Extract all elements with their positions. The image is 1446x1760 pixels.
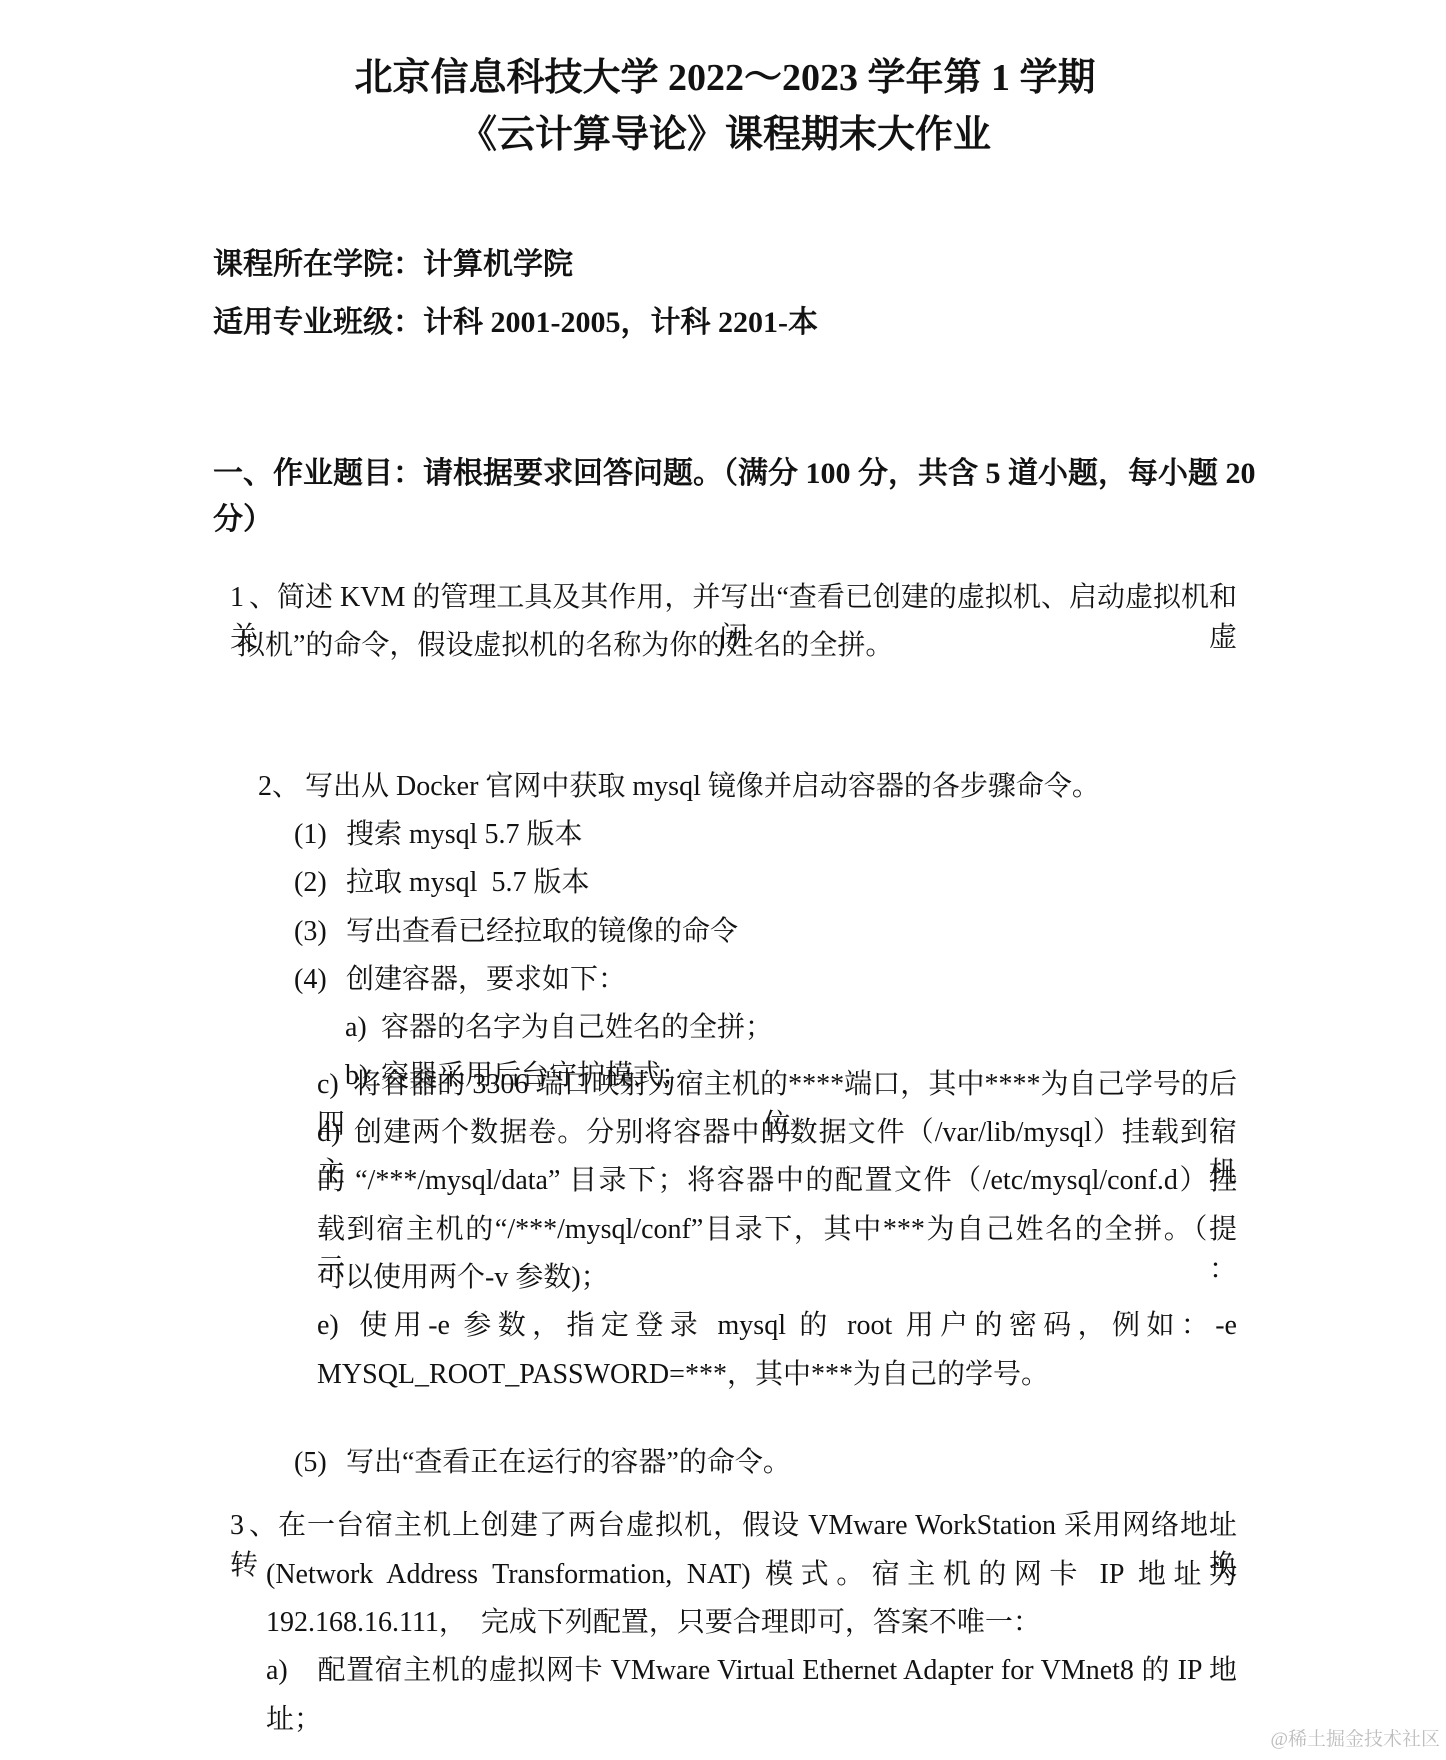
- q1-marker: 1、: [230, 578, 277, 618]
- q2-req-e-line2: MYSQL_ROOT_PASSWORD=***，其中***为自己的学号。: [317, 1355, 1237, 1395]
- page-title-line1: 北京信息科技大学 2022～2023 学年第 1 学期: [213, 55, 1237, 101]
- q3-sub-a-marker: a): [266, 1651, 317, 1691]
- watermark: @稀土掘金技术社区: [1271, 1728, 1441, 1752]
- classes-line: 适用专业班级：计科 2001-2005，计科 2201-本: [213, 302, 1237, 344]
- q2-req-c-marker: c): [317, 1065, 353, 1105]
- college-line: 课程所在学院：计算机学院: [213, 244, 1237, 286]
- section-heading-line1: 一、作业题目：请根据要求回答问题。（满分 100 分，共含 5 道小题，每小题 …: [213, 453, 1237, 495]
- q2-req-d-line4: 可以使用两个-v 参数)；: [317, 1258, 1237, 1298]
- q2-req-e-line1: e)使用-e 参数，指定登录 mysql 的 root 用户的密码，例如：-e: [317, 1306, 1237, 1346]
- q2-step-5-marker: (5): [294, 1443, 346, 1483]
- q3-line3: 192.168.16.111， 完成下列配置，只要合理即可，答案不唯一：: [266, 1603, 1237, 1643]
- q2-req-e-marker: e): [317, 1306, 353, 1346]
- section-heading-line2: 分）: [213, 499, 1237, 541]
- q2-req-e-text1: 使用-e 参数，指定登录 mysql 的 root 用户的密码，例如：-e: [353, 1310, 1237, 1341]
- q3-line2: (Network Address Transformation, NAT) 模式…: [266, 1555, 1237, 1595]
- q2-req-d-line2: 的 “/***/mysql/data” 目录下；将容器中的配置文件（/etc/m…: [317, 1161, 1237, 1201]
- q3-sub-a-text1: 配置宿主机的虚拟网卡 VMware Virtual Ethernet Adapt…: [317, 1655, 1237, 1686]
- q2-step-5-text: 写出“查看正在运行的容器”的命令。: [346, 1447, 791, 1478]
- q3-sub-a-line2: 址；: [266, 1700, 1237, 1740]
- q1-line2: 拟机”的命令，假设虚拟机的名称为你的姓名的全拼。: [237, 626, 1237, 666]
- document-page: 北京信息科技大学 2022～2023 学年第 1 学期 《云计算导论》课程期末大…: [0, 0, 1446, 1760]
- page-title-line2: 《云计算导论》课程期末大作业: [213, 112, 1237, 158]
- q2-req-d-marker: d): [317, 1113, 353, 1153]
- q3-sub-a-line1: a)配置宿主机的虚拟网卡 VMware Virtual Ethernet Ada…: [266, 1651, 1237, 1691]
- q2-step-5: (5)写出“查看正在运行的容器”的命令。: [266, 1403, 1237, 1523]
- q3-marker: 3、: [230, 1506, 277, 1546]
